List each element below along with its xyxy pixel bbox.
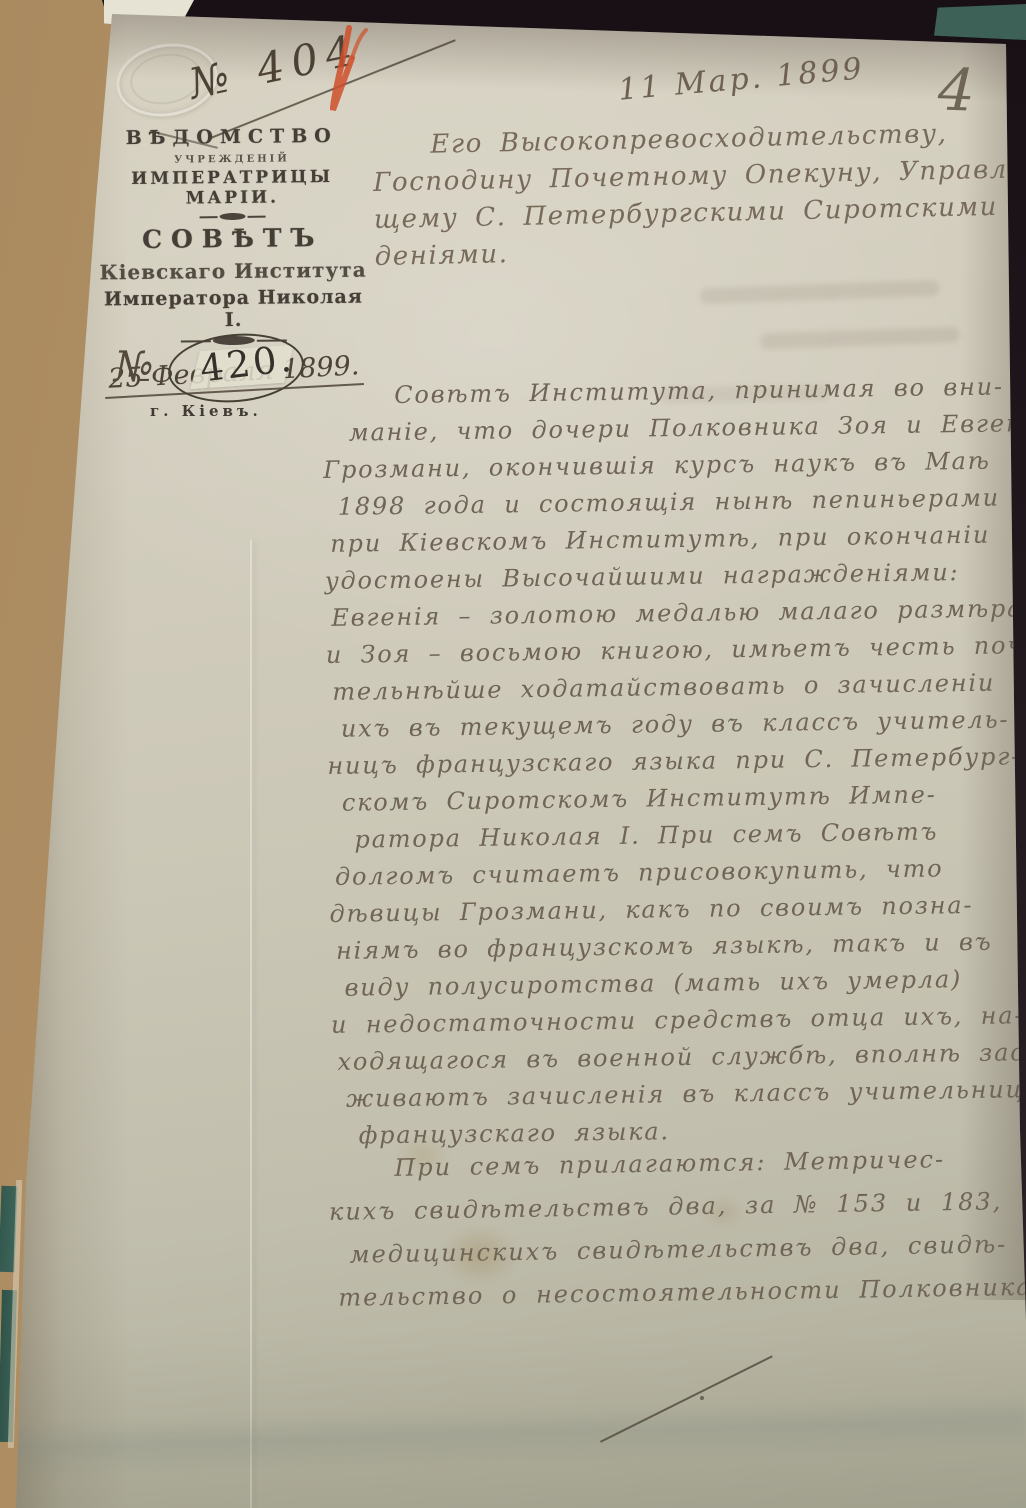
ink-bleedthrough xyxy=(760,327,960,350)
red-checkmark xyxy=(320,20,380,130)
body-paragraph-1: Совѣтъ Института, принимая во вни- маніе… xyxy=(322,368,1026,1155)
binding-cloth-top-right xyxy=(934,4,1026,40)
letterhead-council: СОВѢТЪ xyxy=(92,223,374,255)
body-paragraph-2: При семъ прилагаются: Метричес- кихъ сви… xyxy=(322,1137,1026,1320)
ornament-divider xyxy=(92,212,374,222)
letterhead-department-sub: УЧРЕЖДЕНІЙ xyxy=(91,153,373,167)
letterhead-city: г. Кіевъ. xyxy=(150,402,262,420)
outgoing-number-row: № 420. xyxy=(112,334,322,404)
letterhead-empress: ИМПЕРАТРИЦЫ МАРІИ. xyxy=(91,167,373,210)
recipient-address: Его Высокопревосходительству, Господину … xyxy=(372,113,1026,276)
letterhead-emperor: Императора Николая I. xyxy=(92,286,374,333)
document-page: № 404 11 Мар. 1899 4 ВѢДОМСТВО УЧРЕЖДЕНІ… xyxy=(0,0,1026,1508)
stray-pen-dot xyxy=(700,1396,704,1400)
ink-bleedthrough xyxy=(700,280,940,304)
number-sign: № xyxy=(114,342,156,391)
letterhead-institute: Кіевскаго Института xyxy=(92,258,374,285)
bottom-shading xyxy=(0,1330,1026,1508)
letterhead-department: ВѢДОМСТВО xyxy=(91,125,373,150)
folio-number: 4 xyxy=(937,55,976,124)
scanned-document-photo: № 404 11 Мар. 1899 4 ВѢДОМСТВО УЧРЕЖДЕНІ… xyxy=(0,0,1026,1508)
